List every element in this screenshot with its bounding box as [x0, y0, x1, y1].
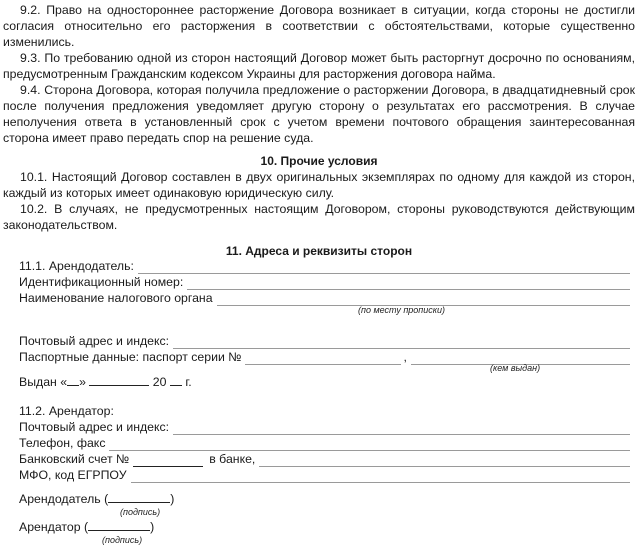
landlord-postal-field[interactable]	[173, 337, 630, 349]
landlord-signature-row: Арендодатель ()	[19, 491, 174, 507]
tenant-phone-row: Телефон, факс	[19, 435, 630, 451]
landlord-signature-field[interactable]	[108, 492, 170, 503]
landlord-signature-hint: (подпись)	[120, 507, 160, 517]
tenant-signature-label: Арендатор (	[19, 520, 88, 534]
clause-10-1: 10.1. Настоящий Договор составлен в двух…	[3, 169, 635, 201]
tax-authority-label: Наименование налогового органа	[19, 290, 213, 306]
issued-by-hint: (кем выдан)	[490, 363, 540, 373]
landlord-row: 11.1. Арендодатель:	[19, 258, 630, 274]
bank-in-label: в банке,	[209, 451, 255, 467]
passport-number-field[interactable]	[245, 353, 401, 365]
passport-separator: ,	[403, 349, 406, 365]
landlord-postal-row: Почтовый адрес и индекс:	[19, 333, 630, 349]
tenant-signature-field[interactable]	[88, 520, 150, 531]
tenant-label: 11.2. Арендатор:	[19, 403, 114, 419]
landlord-postal-label: Почтовый адрес и индекс:	[19, 333, 169, 349]
issued-suffix: г.	[185, 375, 191, 389]
tenant-mfo-row: МФО, код ЕГРПОУ	[19, 467, 630, 483]
bank-account-field[interactable]	[133, 455, 203, 467]
landlord-id-field[interactable]	[187, 278, 630, 290]
landlord-field[interactable]	[138, 262, 630, 274]
passport-label: Паспортные данные: паспорт серии №	[19, 349, 241, 365]
clause-9-2: 9.2. Право на одностороннее расторжение …	[3, 2, 635, 50]
section-10-title: 10. Прочие условия	[0, 153, 638, 169]
clause-10-2: 10.2. В случаях, не предусмотренных наст…	[3, 201, 635, 233]
tax-authority-row: Наименование налогового органа	[19, 290, 630, 306]
landlord-signature-close: )	[170, 492, 174, 506]
section-11-title: 11. Адреса и реквизиты сторон	[0, 243, 638, 259]
bank-name-field[interactable]	[259, 455, 630, 467]
issued-year-prefix: 20	[153, 375, 167, 389]
landlord-label: 11.1. Арендодатель:	[19, 258, 134, 274]
issued-month-field[interactable]	[89, 375, 149, 386]
tenant-phone-field[interactable]	[109, 439, 630, 451]
tax-authority-hint: (по месту прописки)	[358, 305, 445, 315]
landlord-signature-label: Арендодатель (	[19, 492, 108, 506]
issued-prefix: Выдан «	[19, 375, 67, 389]
landlord-id-label: Идентификационный номер:	[19, 274, 183, 290]
issued-date-row: Выдан «» 20 г.	[19, 374, 192, 390]
clause-9-3: 9.3. По требованию одной из сторон насто…	[3, 50, 635, 82]
clause-9-4: 9.4. Сторона Договора, которая получила …	[3, 82, 635, 146]
tenant-postal-label: Почтовый адрес и индекс:	[19, 419, 169, 435]
issued-quote-close: »	[79, 375, 86, 389]
tenant-postal-row: Почтовый адрес и индекс:	[19, 419, 630, 435]
landlord-id-row: Идентификационный номер:	[19, 274, 630, 290]
tenant-signature-close: )	[150, 520, 154, 534]
mfo-field[interactable]	[131, 471, 630, 483]
tenant-bank-row: Банковский счет № в банке,	[19, 451, 630, 467]
tenant-signature-row: Арендатор ()	[19, 519, 154, 535]
issued-day-field[interactable]	[67, 375, 79, 386]
tenant-signature-hint: (подпись)	[102, 535, 142, 545]
tenant-phone-label: Телефон, факс	[19, 435, 105, 451]
bank-account-label: Банковский счет №	[19, 451, 129, 467]
issued-year-field[interactable]	[170, 375, 182, 386]
tenant-postal-field[interactable]	[173, 423, 630, 435]
mfo-label: МФО, код ЕГРПОУ	[19, 467, 127, 483]
